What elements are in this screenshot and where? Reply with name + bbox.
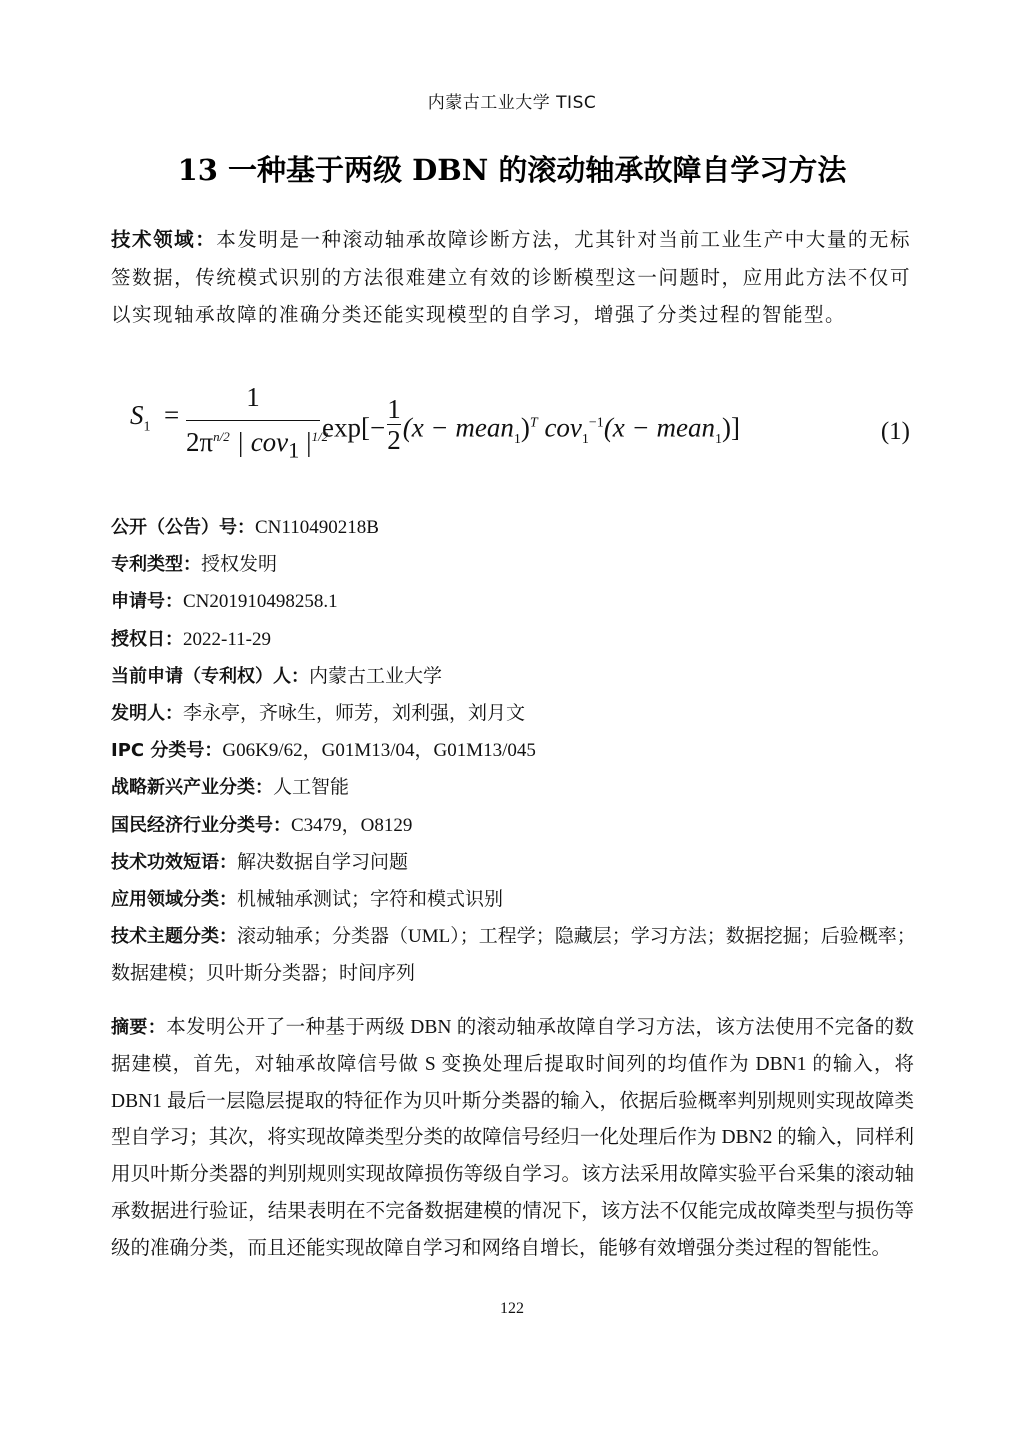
formula-fraction: 1 2πn/2 | cov1 |1/2 bbox=[186, 382, 320, 463]
equation-number: (1) bbox=[881, 418, 910, 446]
meta-row-patent-type: 专利类型：授权发明 bbox=[111, 546, 916, 583]
half-fraction: 12 bbox=[387, 394, 401, 455]
patent-metadata: 公开（公告）号：CN110490218B 专利类型：授权发明 申请号：CN201… bbox=[111, 509, 916, 993]
formula-numerator: 1 bbox=[186, 382, 320, 416]
meta-row-technical-effect: 技术功效短语：解决数据自学习问题 bbox=[111, 844, 916, 881]
technical-field-label: 技术领域： bbox=[111, 228, 216, 251]
abstract-label: 摘要： bbox=[111, 1017, 166, 1038]
page-header: 内蒙古工业大学 TISC bbox=[0, 88, 1024, 113]
fraction-bar bbox=[186, 420, 320, 421]
meta-row-ipc: IPC 分类号：G06K9/62，G01M13/04，G01M13/045 bbox=[111, 732, 916, 769]
document-title: 13 一种基于两级 DBN 的滚动轴承故障自学习方法 bbox=[0, 148, 1024, 189]
formula-exponential: exp[−12(x − mean1)T cov1−1(x − mean1)] bbox=[322, 400, 740, 461]
formula-lhs: S1 bbox=[130, 400, 151, 435]
formula-1: S1 = 1 2πn/2 | cov1 |1/2 exp[−12(x − mea… bbox=[130, 382, 910, 482]
meta-row-economic-industry: 国民经济行业分类号：C3479，O8129 bbox=[111, 807, 916, 844]
meta-row-inventors: 发明人：李永亭，齐咏生，师芳，刘利强，刘月文 bbox=[111, 695, 916, 732]
meta-row-technical-topics: 技术主题分类：滚动轴承；分类器（UML）；工程学；隐藏层；学习方法；数据挖掘；后… bbox=[111, 918, 916, 992]
abstract-paragraph: 摘要：本发明公开了一种基于两级 DBN 的滚动轴承故障自学习方法，该方法使用不完… bbox=[111, 1010, 914, 1268]
meta-row-assignee: 当前申请（专利权）人：内蒙古工业大学 bbox=[111, 658, 916, 695]
meta-row-application-number: 申请号：CN201910498258.1 bbox=[111, 583, 916, 620]
meta-row-publication-number: 公开（公告）号：CN110490218B bbox=[111, 509, 916, 546]
formula-denominator: 2πn/2 | cov1 |1/2 bbox=[186, 427, 320, 463]
page-number: 122 bbox=[0, 1300, 1024, 1318]
abstract-text: 本发明公开了一种基于两级 DBN 的滚动轴承故障自学习方法，该方法使用不完备的数… bbox=[111, 1017, 914, 1259]
meta-row-grant-date: 授权日：2022-11-29 bbox=[111, 621, 916, 658]
technical-field-paragraph: 技术领域：本发明是一种滚动轴承故障诊断方法，尤其针对当前工业生产中大量的无标签数… bbox=[111, 221, 911, 334]
meta-row-strategic-industry: 战略新兴产业分类：人工智能 bbox=[111, 769, 916, 806]
formula-equals: = bbox=[164, 400, 179, 431]
technical-field-text: 本发明是一种滚动轴承故障诊断方法，尤其针对当前工业生产中大量的无标签数据，传统模… bbox=[111, 228, 911, 326]
meta-row-application-field: 应用领域分类：机械轴承测试；字符和模式识别 bbox=[111, 881, 916, 918]
